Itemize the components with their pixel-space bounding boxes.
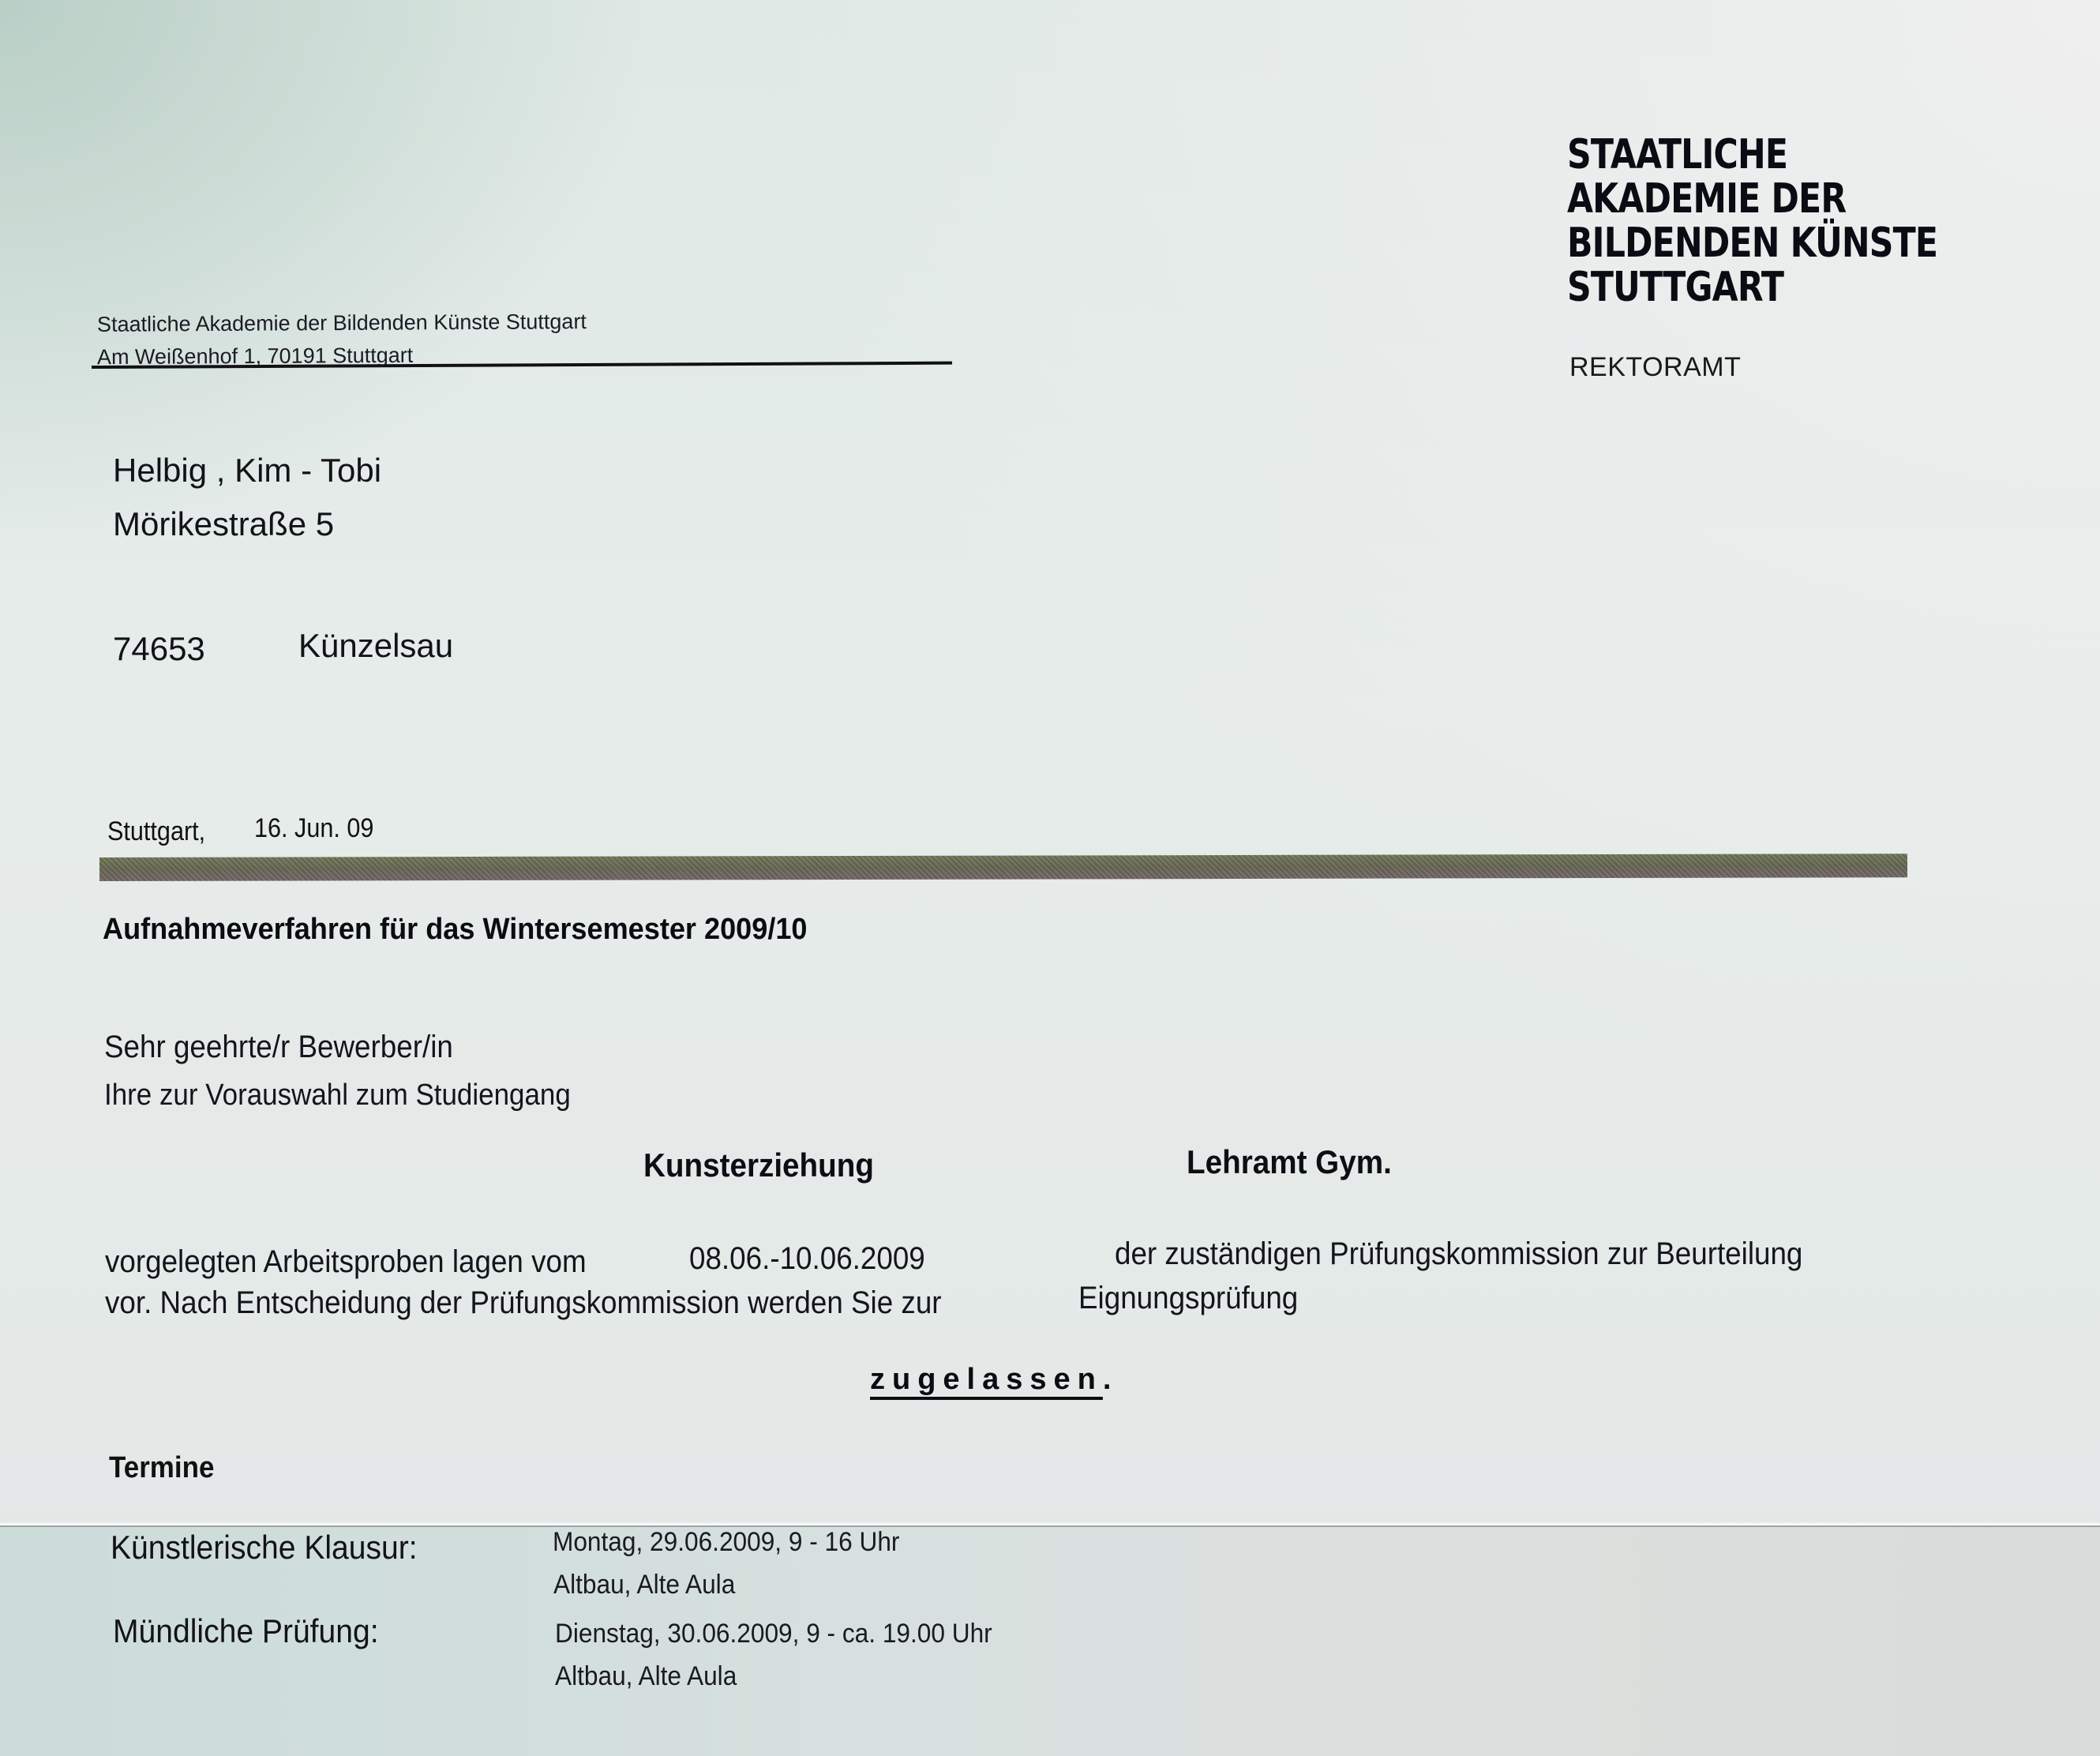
recipient-street: Mörikestraße 5 (113, 505, 334, 543)
appointment-1-label: Künstlerische Klausur: (111, 1529, 418, 1567)
header-separator-bar (99, 854, 1907, 881)
body-line-2: vor. Nach Entscheidung der Prüfungskommi… (105, 1285, 942, 1321)
recipient-name: Helbig , Kim - Tobi (113, 452, 381, 490)
body-line-1-start: vorgelegten Arbeitsproben lagen vom (105, 1244, 587, 1280)
academy-logo: STAATLICHE AKADEMIE DER BILDENDEN KÜNSTE… (1567, 133, 2019, 310)
salutation: Sehr geehrte/r Bewerber/in (104, 1030, 453, 1065)
recipient-city: Künzelsau (298, 627, 453, 665)
date-value: 16. Jun. 09 (254, 813, 373, 844)
appointment-2-datetime: Dienstag, 30.06.2009, 9 - ca. 19.00 Uhr (555, 1619, 992, 1649)
review-period: 08.06.-10.06.2009 (689, 1241, 925, 1277)
study-program: Kunsterziehung (643, 1146, 874, 1184)
appointment-1-datetime: Montag, 29.06.2009, 9 - 16 Uhr (553, 1527, 899, 1558)
subject-line: Aufnahmeverfahren für das Wintersemester… (103, 913, 808, 947)
logo-line-1: STAATLICHE (1567, 133, 1937, 177)
logo-line-3: BILDENDEN KÜNSTE (1567, 221, 1937, 265)
date-place: Stuttgart, (107, 816, 205, 847)
appointment-2-location: Altbau, Alte Aula (555, 1661, 737, 1692)
decision-statement: zugelassen. (870, 1363, 1111, 1397)
appointment-2-label: Mündliche Prüfung: (113, 1612, 379, 1650)
degree-type: Lehramt Gym. (1187, 1143, 1392, 1181)
recipient-postal-code: 74653 (113, 630, 205, 668)
decision-period: . (1103, 1363, 1112, 1396)
department-label: REKTORAMT (1569, 352, 1741, 383)
body-line-1-end: der zuständigen Prüfungskommission zur B… (1115, 1236, 1802, 1272)
decision-admitted: zugelassen (870, 1363, 1103, 1396)
logo-line-4: STUTTGART (1567, 265, 1937, 310)
logo-line-2: AKADEMIE DER (1567, 177, 1937, 221)
sender-line-1: Staatliche Akademie der Bildenden Künste… (97, 310, 587, 337)
appointment-1-location: Altbau, Alte Aula (553, 1570, 735, 1600)
intro-line: Ihre zur Vorauswahl zum Studiengang (104, 1079, 571, 1113)
appointments-heading: Termine (109, 1451, 214, 1485)
exam-name: Eignungsprüfung (1078, 1281, 1298, 1316)
